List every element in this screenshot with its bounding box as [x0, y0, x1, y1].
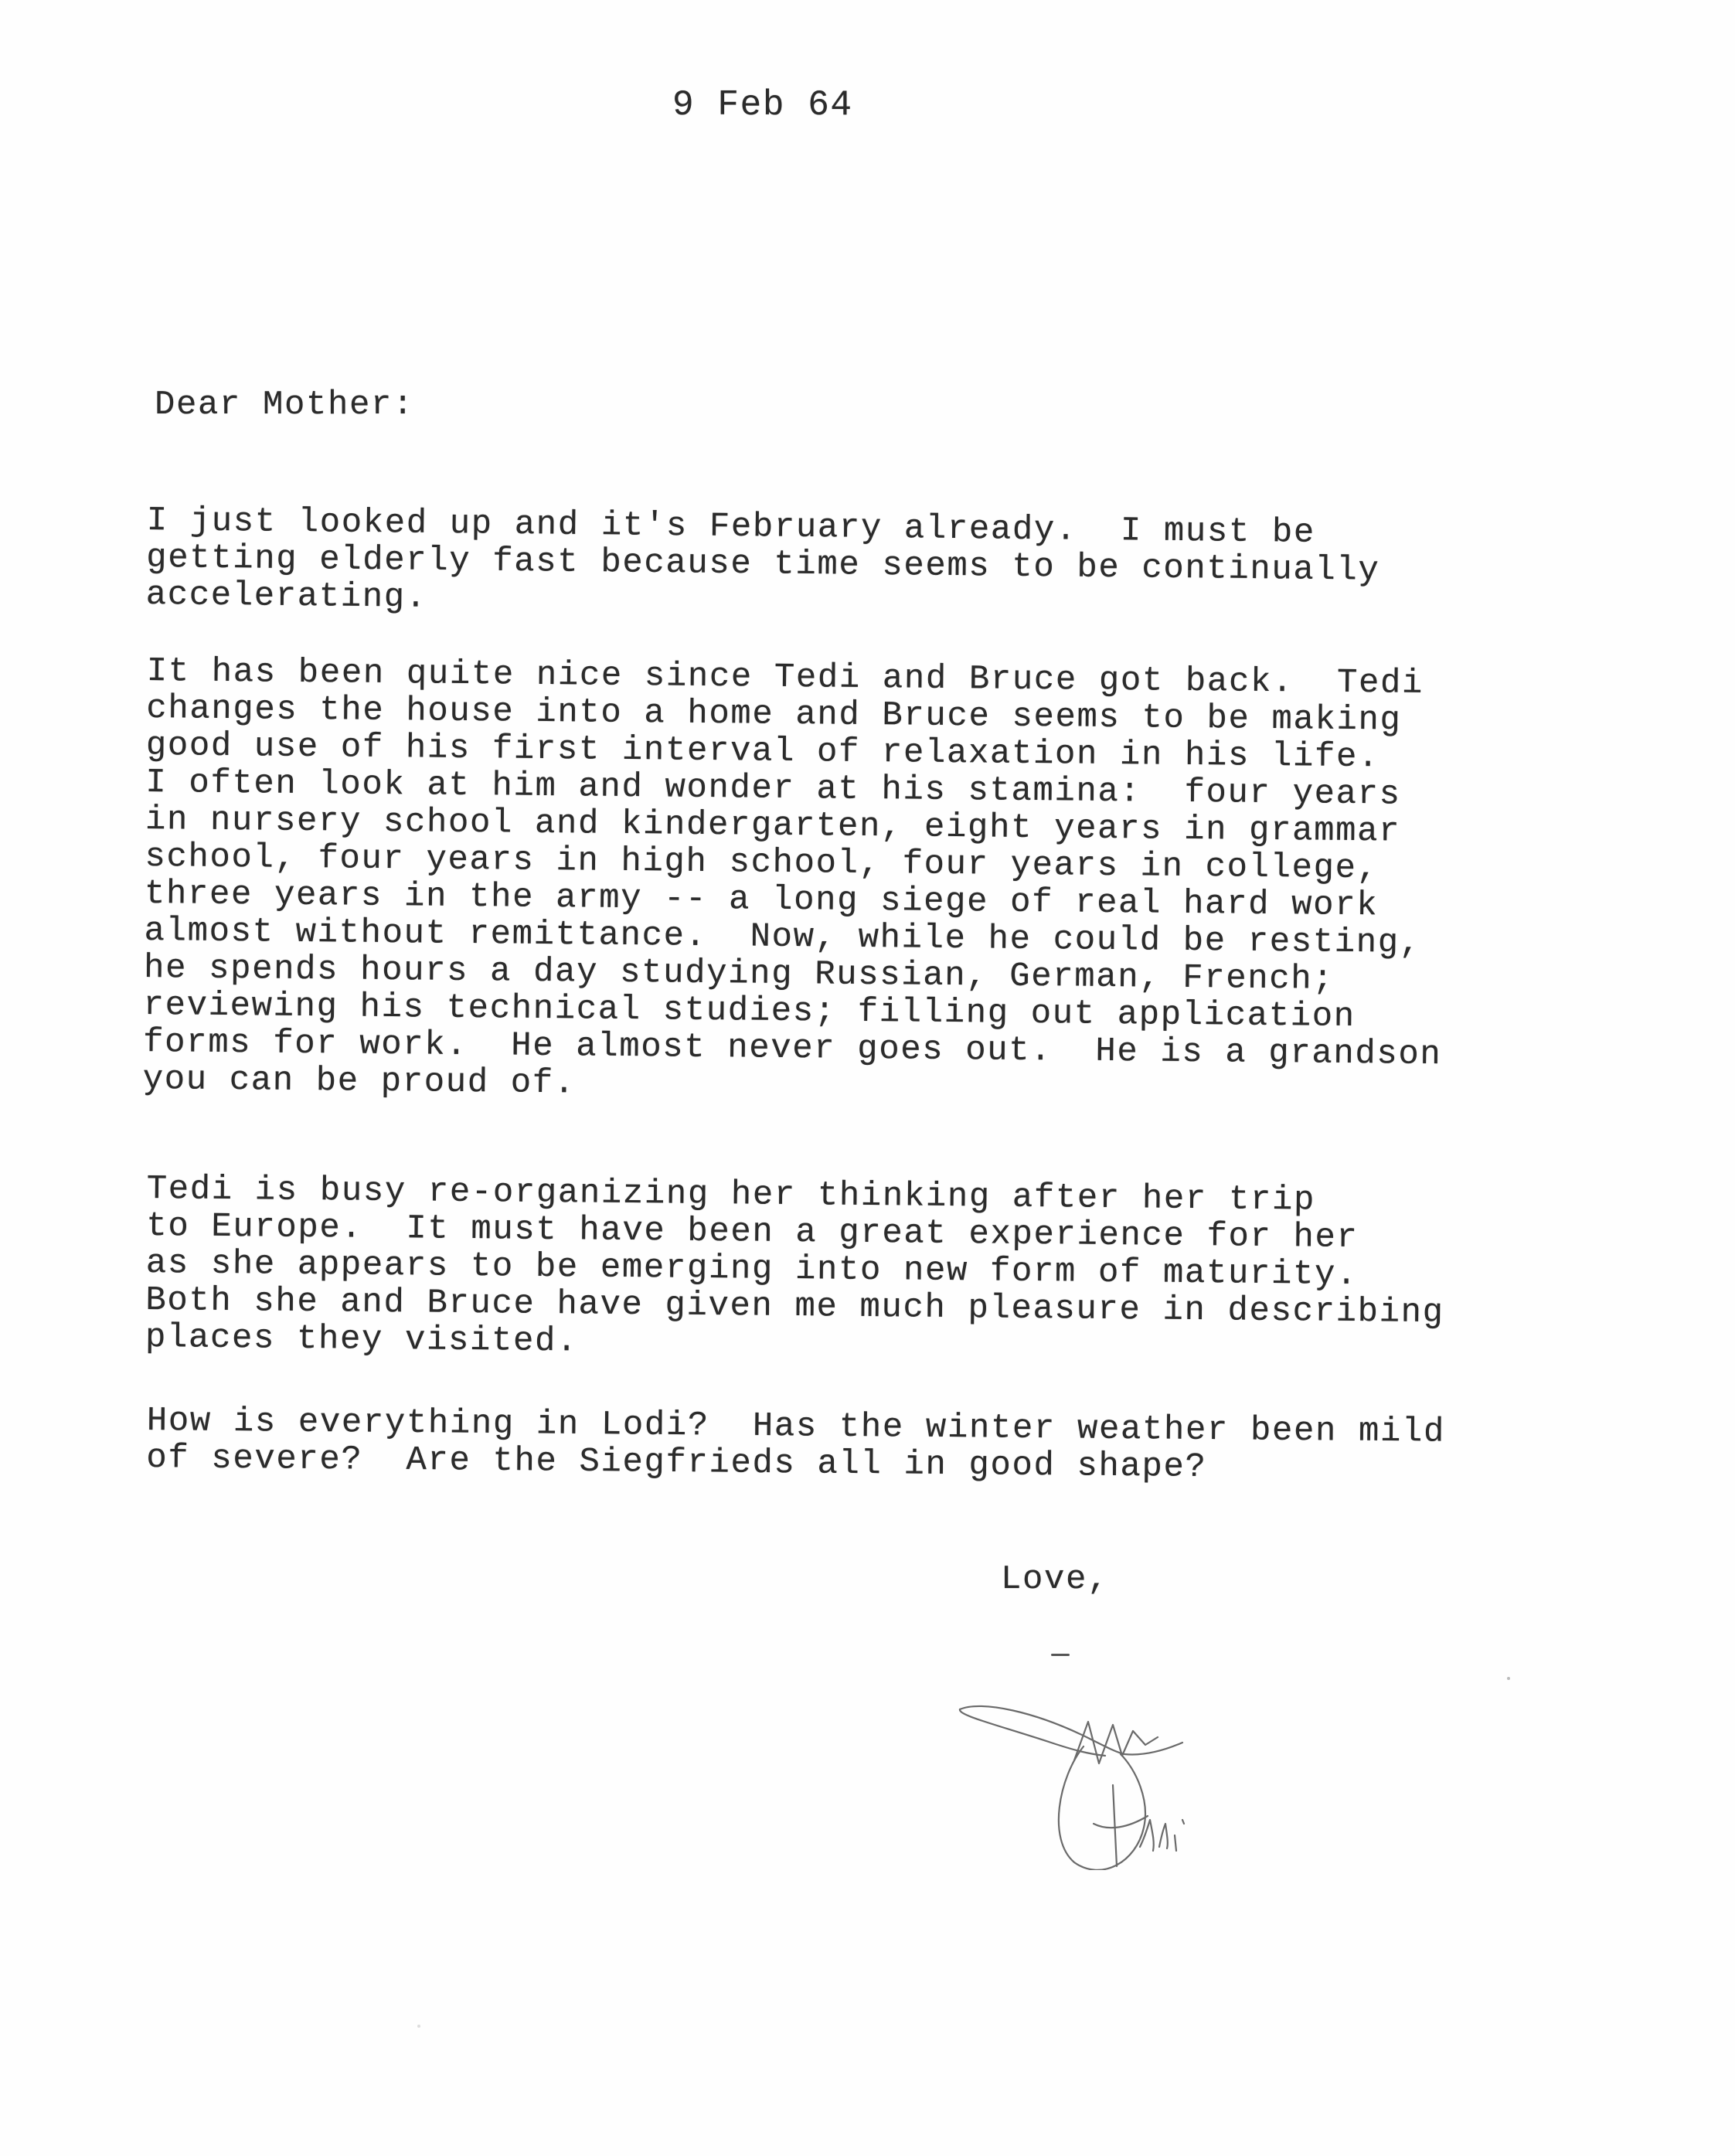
paragraph-2: It has been quite nice since Tedi and Br…: [142, 653, 1445, 1110]
closing: Love,: [1001, 1561, 1109, 1598]
paper-speck: [1507, 1677, 1510, 1680]
letter-date: 9 Feb 64: [672, 87, 853, 124]
paragraph-4: How is everything in Lodi? Has the winte…: [146, 1403, 1445, 1488]
paragraph-1: I just looked up and it's February alrea…: [145, 502, 1380, 627]
letter-page: 9 Feb 64 Dear Mother: I just looked up a…: [0, 0, 1735, 2156]
paper-speck: [417, 2025, 420, 2028]
ink-dash-mark: [1051, 1654, 1070, 1656]
signature-scrawl-icon: [951, 1669, 1198, 1870]
paragraph-3: Tedi is busy re-organizing her thinking …: [145, 1171, 1445, 1369]
salutation: Dear Mother:: [155, 386, 414, 423]
